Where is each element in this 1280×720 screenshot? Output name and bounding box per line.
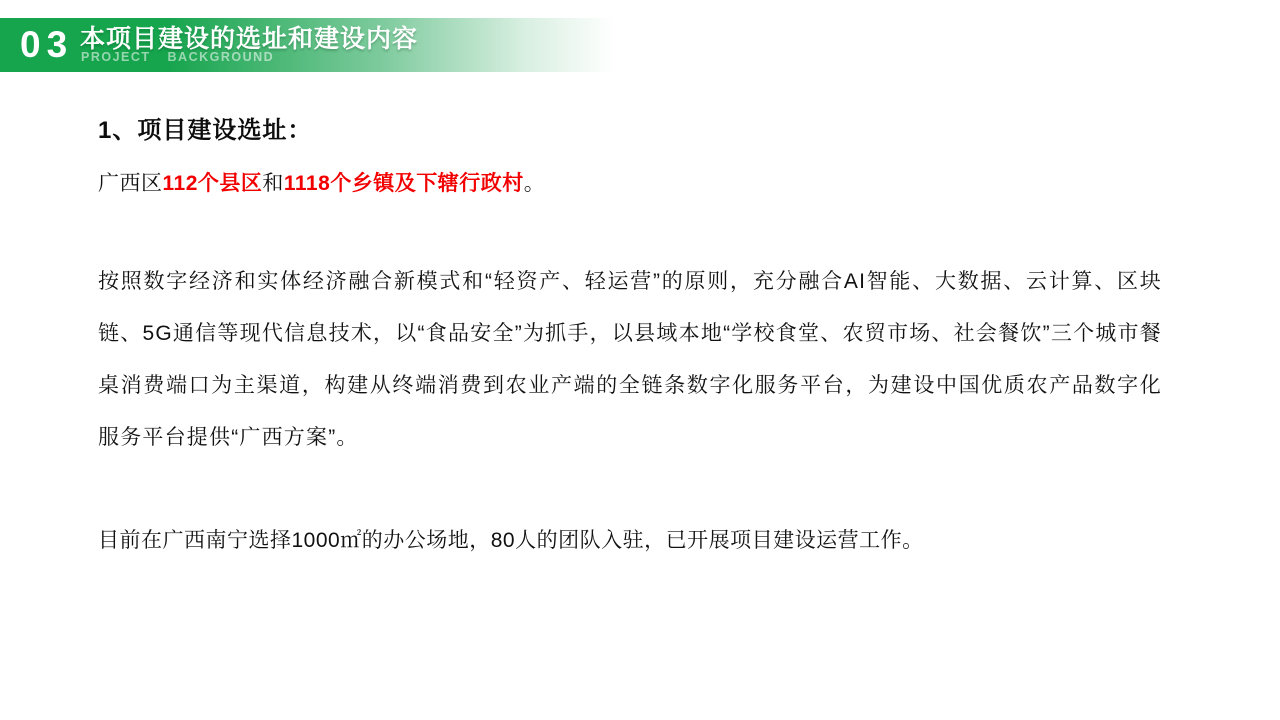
slide-subtitle: PROJECT BACKGROUND xyxy=(81,50,274,64)
project-description-paragraph: 按照数字经济和实体经济融合新模式和“轻资产、轻运营”的原则，充分融合AI智能、大… xyxy=(98,256,1162,464)
location-conjunction: 和 xyxy=(262,172,284,195)
location-period: 。 xyxy=(524,172,546,195)
counties-highlight: 112个县区 xyxy=(163,172,263,195)
slide-section-number: 03 xyxy=(20,23,73,67)
location-prefix: 广西区 xyxy=(98,172,163,195)
slide-title: 本项目建设的选址和建设内容 xyxy=(80,25,418,53)
presentation-slide: 03 本项目建设的选址和建设内容 PROJECT BACKGROUND 1、项目… xyxy=(0,0,1280,720)
location-sentence: 广西区112个县区和1118个乡镇及下辖行政村。 xyxy=(98,167,545,197)
header-banner: 03 本项目建设的选址和建设内容 PROJECT BACKGROUND xyxy=(0,18,1280,72)
townships-highlight: 1118个乡镇及下辖行政村 xyxy=(284,172,524,195)
closing-sentence: 目前在广西南宁选择1000㎡的办公场地，80人的团队入驻，已开展项目建设运营工作… xyxy=(98,524,924,554)
section-heading: 1、项目建设选址： xyxy=(98,110,312,145)
